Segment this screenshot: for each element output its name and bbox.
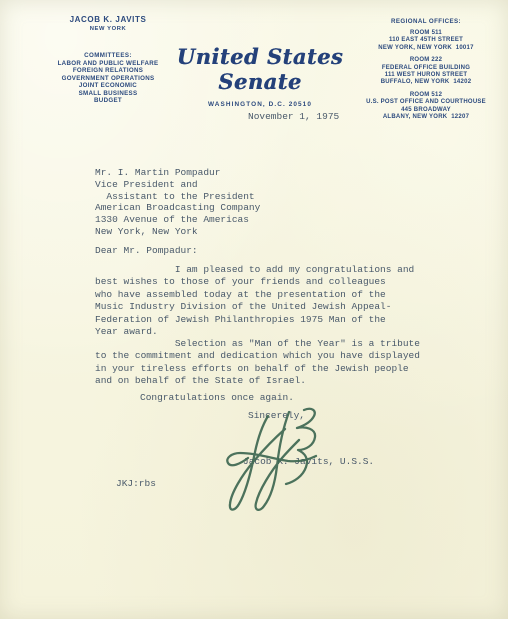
regional-offices-block: REGIONAL OFFICES: ROOM 511 110 EAST 45TH… <box>350 18 502 121</box>
letter-page: JACOB K. JAVITS NEW YORK COMMITTEES: LAB… <box>0 0 508 619</box>
reference-initials: JKJ:rbs <box>116 478 156 489</box>
office-new-york: ROOM 511 110 EAST 45TH STREET NEW YORK, … <box>350 30 502 52</box>
sender-state: NEW YORK <box>36 26 180 32</box>
date-line: November 1, 1975 <box>248 111 339 122</box>
sender-name: JACOB K. JAVITS <box>36 15 180 24</box>
senate-masthead-title: United States Senate <box>158 44 362 94</box>
regional-offices-title: REGIONAL OFFICES: <box>350 18 502 25</box>
masthead-location: WASHINGTON, D.C. 20510 <box>158 101 362 108</box>
sender-block: JACOB K. JAVITS NEW YORK <box>36 15 180 32</box>
recipient-address: Mr. I. Martin Pompadur Vice President an… <box>95 167 260 238</box>
office-buffalo: ROOM 222 FEDERAL OFFICE BUILDING 111 WES… <box>350 57 502 87</box>
salutation: Dear Mr. Pompadur: <box>95 245 198 256</box>
javits-signature-icon <box>216 400 334 532</box>
body-paragraph-2: Selection as "Man of the Year" is a trib… <box>95 338 420 388</box>
office-albany: ROOM 512 U.S. POST OFFICE AND COURTHOUSE… <box>350 92 502 122</box>
masthead-block: United States Senate WASHINGTON, D.C. 20… <box>158 44 362 108</box>
body-paragraph-1: I am pleased to add my congratulations a… <box>95 264 414 338</box>
